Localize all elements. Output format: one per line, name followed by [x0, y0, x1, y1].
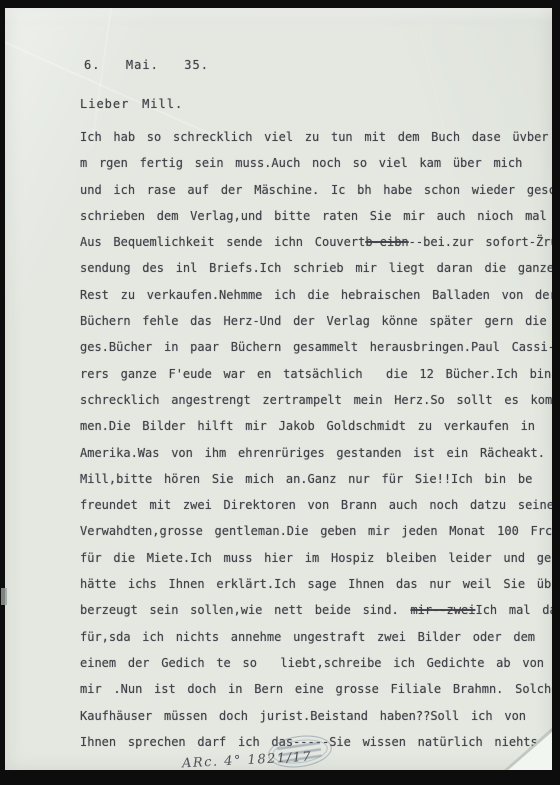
letter-line: berzeugt sein sollen,wie nett beide sind… — [80, 597, 552, 623]
letter-line: Kaufhäuser müssen doch jurist.Beistand h… — [80, 703, 552, 729]
letter-salutation: Lieber Mill. — [80, 97, 183, 111]
letter-body: Ich hab so schrecklich viel zu tun mit d… — [80, 124, 552, 755]
letter-line: einem der Gedich te so liebt,schreibe ic… — [80, 650, 552, 676]
letter-line: Amerika.Was von ihm ehrenrüriges gestand… — [80, 440, 552, 466]
letter-line: mir .Nun ist doch in Bern eine grosse Fi… — [80, 676, 552, 702]
letter-line: Ich hab so schrecklich viel zu tun mit d… — [80, 124, 552, 150]
letter-line: Aus Bequemlichkeit sende ichn Couvertb-e… — [80, 229, 552, 255]
letter-line: Rest zu verkaufen.Nehmme ich die hebrais… — [80, 282, 552, 308]
letter-line: m rgen fertig sein muss.Auch noch so vie… — [80, 150, 552, 176]
letter-line: hätte ichs Ihnen erklärt.Ich sage Ihnen … — [80, 571, 552, 597]
letter-line: Verwahdten,grosse gentleman.Die geben mi… — [80, 518, 552, 544]
letter-line: ges.Bücher in paar Büchern gesammelt her… — [80, 334, 552, 360]
letter-paper: 6. Mai. 35. Lieber Mill. Ich hab so schr… — [5, 8, 552, 770]
letter-line: Büchern fehle das Herz-Und der Verlag kö… — [80, 308, 552, 334]
letter-line: für die Miete.Ich muss hier im Hospiz bl… — [80, 545, 552, 571]
letter-line: sendung des inl Briefs.Ich schrieb mir l… — [80, 255, 552, 281]
letter-line: und ich rase auf der Mäschine. Ic bh hab… — [80, 177, 552, 203]
letter-line: rers ganze F'eude war en tatsächlich die… — [80, 361, 552, 387]
letter-date: 6. Mai. 35. — [84, 58, 209, 72]
letter-line: men.Die Bilder hilft mir Jakob Goldschmi… — [80, 413, 552, 439]
photo-black-frame: 6. Mai. 35. Lieber Mill. Ich hab so schr… — [0, 0, 560, 785]
left-edge-mark — [1, 588, 7, 605]
letter-line: schrecklich angestrengt zertrampelt mein… — [80, 387, 552, 413]
letter-line: Mill,bitte hören Sie mich an.Ganz nur fü… — [80, 466, 552, 492]
letter-line: schrieben dem Verlag,und bitte raten Sie… — [80, 203, 552, 229]
letter-line: freundet mit zwei Direktoren von Brann a… — [80, 492, 552, 518]
letter-line: für,sda ich nichts annehme ungestraft zw… — [80, 624, 552, 650]
